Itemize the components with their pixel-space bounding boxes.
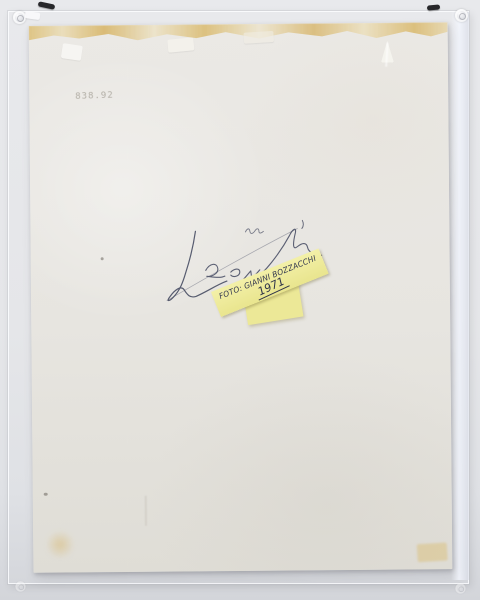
corner-screw-bottom-left bbox=[15, 581, 25, 591]
corner-screw-top-right bbox=[455, 9, 468, 22]
crease-bottom-left bbox=[145, 496, 147, 526]
photo-verso-scene: 838.92 FOTO: GIANNI BOZZACCHI 1971 bbox=[0, 0, 480, 600]
tape-piece-center-left bbox=[167, 37, 194, 52]
corner-screw-top-left bbox=[13, 11, 26, 24]
hanging-clip-right bbox=[427, 4, 440, 10]
speck-bottom-left bbox=[44, 493, 48, 496]
inventory-number: 838.92 bbox=[75, 91, 114, 102]
corner-screw-bottom-right bbox=[455, 583, 465, 593]
tape-piece-center bbox=[243, 31, 274, 44]
tape-residue-band bbox=[29, 22, 448, 42]
stain-bottom-left bbox=[46, 529, 74, 559]
tape-piece-left bbox=[61, 43, 83, 61]
speck-center-left bbox=[101, 257, 104, 260]
hanging-clip-left bbox=[38, 1, 56, 9]
plexiglass-edge-reflection bbox=[451, 12, 469, 580]
tape-stain-bottom-right bbox=[417, 542, 448, 562]
